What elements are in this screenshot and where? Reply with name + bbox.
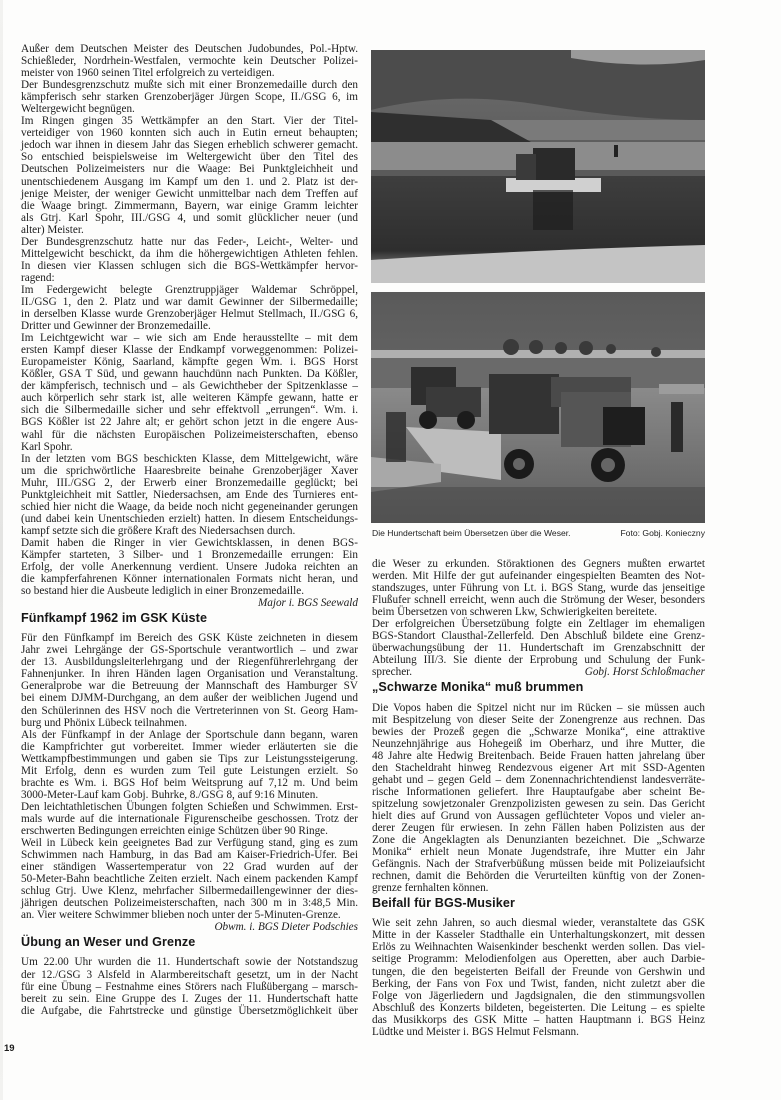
text-line: schlug Gtrj. Uwe Klenz, mehrfacher Silbe… [21,885,358,897]
scan-edge [0,0,3,1100]
photo-trucks-landing [371,292,705,523]
paragraph: Im Federgewicht belegte Grenztruppjäger … [21,284,358,332]
text-line: Als der Fünfkampf in der Anlage der Spor… [21,729,358,741]
section-heading: „Schwarze Monika“ muß brummen [372,681,705,693]
author-signature: Major i. BGS Seewald [21,597,358,609]
page-number: 19 [4,1043,15,1054]
text-line: die Kampfrichter gut vorbereitet. Immer … [21,741,358,753]
text-line: Europameister König, Saarland, kämpfte g… [21,356,358,368]
text-line: kampf setzte sich die größere Kraft des … [21,525,358,537]
paragraph: Weil in Lübeck kein geeignetes Bad zur V… [21,837,358,921]
text-line: Den leichtathletischen Übungen folgten S… [21,801,358,813]
text-line: rechnen, damit die Behörden die Verurtei… [372,870,705,882]
text-line: gehabt und – gegen Geld – dem Zonennachr… [372,774,705,786]
text-line: Muhr, III./GSG 2, der Erwerb einer Bronz… [21,477,358,489]
paragraph: Der erfolgreichen Übersetzübung folgte e… [372,618,705,666]
text-line: Generalprobe war die Betreuung der Manns… [21,680,358,692]
text-line: Karl Spohr. [21,441,358,453]
text-line: das Musikkorps des GSK Mitte – hatten Ha… [372,1014,705,1026]
paragraph: In der letzten vom BGS beschickten Klass… [21,453,358,537]
paragraph: Im Leichtgewicht war – wie sich am Ende … [21,332,358,452]
text-line: Dritter und Gewinner der Bronzemedaille. [21,320,358,332]
text-line: kämpferisch sehr starken Grenzoberjäger … [21,91,358,103]
text-line: 48 Jahre alte Hedwig Breitenbach. Beide … [372,750,705,762]
signature-line: sprecher. Gobj. Horst Schloßmacher [372,666,705,678]
text-line: auch körperlich sehr stark ist, alle wei… [21,392,358,404]
text-line: Fahnenjunker. In ihren Händen lagen Orga… [21,668,358,680]
text-line: erschwerten Bedingungen erreichten einig… [21,825,358,837]
author-signature: Obwm. i. BGS Dieter Podschies [21,921,358,933]
text-line: mals wurde auf die internationale Figure… [21,813,358,825]
text-line: Lüdtke und Meister i. BGS Helmut Felsman… [372,1026,705,1038]
section-heading: Übung an Weser und Grenze [21,936,358,948]
text-line: In der letzten vom BGS beschickten Klass… [21,453,358,465]
text-line: Zone die Angeklagten als Denunzianten be… [372,834,705,846]
paragraph: Die Vopos haben die Spitzel nicht nur im… [372,702,705,895]
text-line: die Weser zu erkunden. Störaktionen des … [372,558,705,570]
text-line: sich die Silbermedaille sicher und sehr … [21,404,358,416]
paragraph-end: sprecher. [372,666,412,678]
text-line: Im Federgewicht belegte Grenztruppjäger … [21,284,358,296]
text-line: Flußufer schnell erreicht, wenn auch die… [372,594,705,606]
text-line: um die sprichwörtliche Haaresbreite bein… [21,465,358,477]
text-line: der kämpferisch, technisch und – als Gew… [21,380,358,392]
text-line: Jahr zwei Lehrgänge der GS-Sportschule v… [21,644,358,656]
text-line: Schwimmen nach Hamburg, in das Bad am Ka… [21,849,358,861]
paragraph: Der Bundesgrenzschutz hatte nur das Fede… [21,236,358,284]
text-line: Kößler, GSA T Süd, und gewann hauchdünn … [21,368,358,380]
photo-weser-ferry [371,50,705,283]
text-line: grenze fernhalten können. [372,882,705,894]
text-line: Mit Erfolg, denn es wurden zum Teil gute… [21,765,358,777]
text-line: Der Bundesgrenzschutz hatte nur das Fede… [21,236,358,248]
text-line: burg und Phönix Lübeck teilnahmen. [21,717,358,729]
text-line: Mitte in der Kasseler Stadthalle ein Unt… [372,929,705,941]
text-line: bereit zu sein. Eine Gruppe des I. Zuges… [21,993,358,1005]
text-line: ragend: [21,272,358,284]
text-line: Außer dem Deutschen Meister des Deutsche… [21,43,358,55]
text-line: den Stacheldraht hinweg Rendezvous eigen… [372,762,705,774]
text-line: II./GSG 1, den 2. Platz und war damit Ge… [21,296,358,308]
text-line: Neunzehnjährige aus Hohegeiß im Oberharz… [372,738,705,750]
text-line: mit Bespitzelung von dieser Seite der Zo… [372,714,705,726]
text-line: schied hier nicht die Waage, da beide no… [21,501,358,513]
ferry-photo-image [371,50,705,283]
text-line: Abschluß des Konzerts bildeten, begeiste… [372,1002,705,1014]
text-line: 50-Meter-Bahn beachtliche Zeiten erzielt… [21,873,358,885]
caption-text: Die Hundertschaft beim Übersetzen über d… [372,528,571,538]
text-line: derer Zeugen für erwiesen. In zehn Fälle… [372,822,705,834]
text-line: jährigen deutschen Polizeimeisterschafte… [21,897,358,909]
text-line: Folge von Jägerliedern und Jagdsignalen,… [372,990,705,1002]
paragraph: Als der Fünfkampf in der Anlage der Spor… [21,729,358,801]
text-line: brachte es Wm. i. BGS Hof beim Weitsprun… [21,777,358,789]
text-line: für eine Übung – Festnahme eines Störers… [21,981,358,993]
text-line: wahl für die nächsten Europäischen Poliz… [21,429,358,441]
text-line: tungen, die den begeisterten Beifall der… [372,966,705,978]
text-line: Schießleder, Nordrhein-Westfalen, vermoc… [21,55,358,67]
text-line: Wie seit zehn Jahren, so auch diesmal wi… [372,917,705,929]
text-line: als Gtrj. Karl Spohr, III./GSG 4, und so… [21,212,358,224]
text-line: Erlös zu Weihnachten Waisenkinder besche… [372,941,705,953]
text-line: der 12./GSG 3 Alsfeld in Alarmbereitscha… [21,969,358,981]
text-line: In diesen vier Klassen schlugen sich die… [21,260,358,272]
text-line: Der erfolgreichen Übersetzübung folgte e… [372,618,705,630]
text-line: Die Vopos haben die Spitzel nicht nur im… [372,702,705,714]
text-line: in derselben Klasse wurde Grenzoberjäger… [21,308,358,320]
text-line: Weil in Lübeck kein geeignetes Bad zur V… [21,837,358,849]
text-line: spitzelung sowjetzonaler Grenzpolizisten… [372,798,705,810]
text-line: Monika“ erhielt neun Monate Jugendstrafe… [372,846,705,858]
text-line: einer ständigen Wassertemperatur von 22 … [21,861,358,873]
photo-credit: Foto: Gobj. Konieczny [620,528,705,538]
paragraph: Der Bundesgrenzschutz mußte sich mit ein… [21,79,358,115]
text-line: meister von 1960 seinen Titel erfolgreic… [21,67,358,79]
text-line: bei einem DJMM-Durchgang, an dem außer d… [21,692,358,704]
text-line: Mittelgewicht beschickt, da ihm die höhe… [21,248,358,260]
paragraph: Wie seit zehn Jahren, so auch diesmal wi… [372,917,705,1037]
text-line: Der Bundesgrenzschutz mußte sich mit ein… [21,79,358,91]
text-line: Damit haben die Ringer in vier Gewichtsk… [21,537,358,549]
text-line: BGS-Standort Clausthal-Zellerfeld. Den A… [372,630,705,642]
text-line: ersten Kampf dieser Klasse der Endkampf … [21,344,358,356]
section-heading: Beifall für BGS-Musiker [372,897,705,909]
text-line: Deutschen Polizeimeisters nur die Waage:… [21,163,358,175]
text-line: Berking, der Fans von Fox und Twist, fan… [372,978,705,990]
trucks-photo-image [371,292,705,523]
text-line: jenige Meister, der weniger Gewicht unmi… [21,188,358,200]
paragraph: Für den Fünfkampf im Bereich des GSK Küs… [21,632,358,728]
text-line: Erfolg, der volle Anerkennung verdient. … [21,561,358,573]
text-line: werden. Mit Hilfe der gut aufeinander ei… [372,570,705,582]
text-line: standszuges, unter Führung von Lt. i. BG… [372,582,705,594]
text-line: BGS Kößler ist 22 Jahre alt; er gehört s… [21,416,358,428]
text-line: unentschiedenem Ausgang im Kampf um den … [21,176,358,188]
text-line: 3000-Meter-Lauf kam Gobj. Buhrke, 8./GSG… [21,789,358,801]
text-line: hielt dies auf Grund von Aussagen geflüc… [372,810,705,822]
text-line: Um 22.00 Uhr wurden die 11. Hundertschaf… [21,956,358,968]
text-line: die Waage bringt. Zimmermann, Bayern, wa… [21,200,358,212]
text-line: verteidiger von 1960 konnten sich auch i… [21,127,358,139]
paragraph: Im Ringen gingen 35 Wettkämpfer an den S… [21,115,358,235]
text-line: Im Ringen gingen 35 Wettkämpfer an den S… [21,115,358,127]
text-line: bewies der Prozeß gegen die „Schwarze Mo… [372,726,705,738]
text-line: jedoch war ihnen in diesem Jahr das Sieg… [21,139,358,151]
text-line: so bestand hier die Ausbeute lediglich i… [21,585,358,597]
paragraph: Damit haben die Ringer in vier Gewichtsk… [21,537,358,597]
left-column: Außer dem Deutschen Meister des Deutsche… [21,43,358,1017]
paragraph: Den leichtathletischen Übungen folgten S… [21,801,358,837]
text-line: (und dabei kein Unentschieden erzielt) h… [21,513,358,525]
section-heading: Fünfkampf 1962 im GSK Küste [21,612,358,624]
author-signature: Gobj. Horst Schloßmacher [585,666,705,678]
text-line: Wettkampfbestimmungen und gaben sie Tips… [21,753,358,765]
text-line: Für den Fünfkampf im Bereich des GSK Küs… [21,632,358,644]
text-line: Punktgleichheit mit Sattler, Niedersachs… [21,489,358,501]
text-line: seitige Programm: Melodienfolgen aus Ope… [372,953,705,965]
paragraph: Außer dem Deutschen Meister des Deutsche… [21,43,358,79]
text-line: Abteilung III/3. Sie diente der Erprobun… [372,654,705,666]
text-line: an. Vier weitere Schwimmer blieben noch … [21,909,358,921]
text-line: Kämpfer starteten, 3 Silber- und 1 Bronz… [21,549,358,561]
right-column: die Weser zu erkunden. Störaktionen des … [372,558,705,1038]
text-line: der 13. Ausbildungsleiterlehrgang und de… [21,656,358,668]
text-line: Weltergewicht begnügen. [21,103,358,115]
text-line: alter) Meister. [21,224,358,236]
text-line: beim Übersetzen von schweren Lkw, Schwie… [372,606,705,618]
text-line: den Schülerinnen des HSV noch die Vertre… [21,705,358,717]
text-line: Gefängnis. Nach der Strafverbüßung müsse… [372,858,705,870]
text-line: So entschied beispielsweise im Weltergew… [21,151,358,163]
paragraph: die Weser zu erkunden. Störaktionen des … [372,558,705,618]
text-line: überwachungsübung der 11. Hundertschaft … [372,642,705,654]
text-line: die Aufgabe, die Fahrtstrecke und günsti… [21,1005,358,1017]
text-line: Im Leichtgewicht war – wie sich am Ende … [21,332,358,344]
text-line: die kampferfahrenen Könner international… [21,573,358,585]
photo-caption: Die Hundertschaft beim Übersetzen über d… [372,528,705,538]
paragraph: Um 22.00 Uhr wurden die 11. Hundertschaf… [21,956,358,1016]
text-line: rische Informationen geliefert. Ihre Hau… [372,786,705,798]
